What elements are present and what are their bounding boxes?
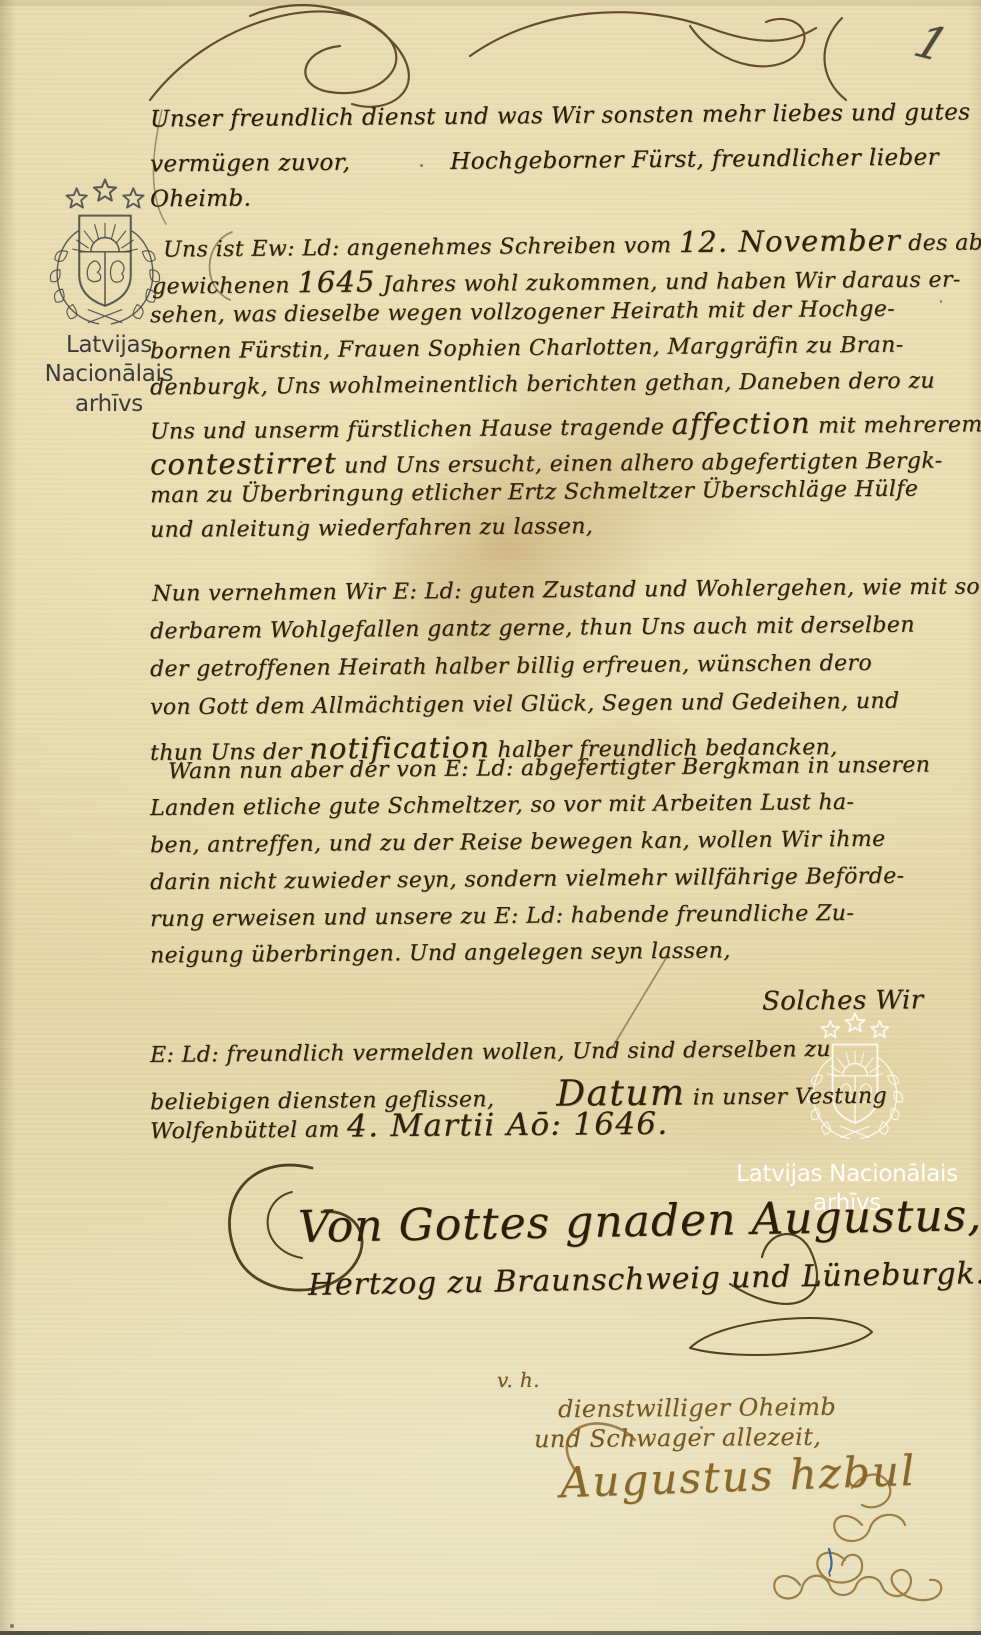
- line-text: sehen, was dieselbe wegen vollzogener He…: [150, 297, 895, 329]
- autograph-signature: Augustus hzbul: [559, 1446, 917, 1507]
- handwritten-line: Nun vernehmen Wir E: Ld: guten Zustand u…: [152, 574, 981, 606]
- latin-script-word: affection: [671, 406, 810, 441]
- paper-speck: [10, 1624, 14, 1628]
- line-text: bornen Fürstin, Frauen Sophien Charlotte…: [150, 333, 904, 365]
- line-text: Wolfenbüttel am: [150, 1118, 347, 1145]
- watermark-name-line1: Latvijas Nacionālais: [735, 1160, 959, 1189]
- handwritten-line: Unser freundlich dienst und was Wir sons…: [150, 99, 971, 132]
- manuscript-scan-page: 1 Latvijas Nacionālais arhīvs Latvijas N…: [0, 0, 981, 1635]
- handwritten-line: darin nicht zuwieder seyn, sondern vielm…: [150, 864, 905, 896]
- handwritten-line: Oheimb.: [150, 186, 252, 213]
- line-text: der getroffenen Heirath halber billig er…: [150, 651, 872, 682]
- handwritten-line: ben, antreffen, und zu der Reise bewegen…: [150, 827, 886, 858]
- line-text: von Gott dem Allmächtigen viel Glück, Se…: [150, 689, 900, 721]
- line-text: Von Gottes gnaden Augustus,: [298, 1190, 981, 1253]
- handwritten-line: sehen, was dieselbe wegen vollzogener He…: [150, 297, 895, 329]
- handwritten-line: rung erweisen und unsere zu E: Ld: haben…: [150, 901, 854, 932]
- line-text: des ab-: [901, 230, 981, 256]
- handwritten-line: vermügen zuvor,Hochgeborner Fürst, freun…: [150, 145, 939, 178]
- handwritten-line: neigung überbringen. Und angelegen seyn …: [150, 938, 731, 968]
- line-text: Wann nun aber der von E: Ld: abgefertigt…: [168, 753, 931, 785]
- line-text: Solches Wir: [762, 985, 924, 1016]
- line-text: und Schwager allezeit,: [534, 1423, 821, 1454]
- latin-script-dateline: 4. Martii Aō: 1646.: [347, 1106, 669, 1145]
- line-text: dienstwilliger Oheimb: [558, 1393, 836, 1423]
- handwritten-line: E: Ld: freundlich vermelden wollen, Und …: [150, 1037, 831, 1068]
- handwritten-line: Landen etliche gute Schmeltzer, so vor m…: [150, 790, 855, 821]
- handwritten-line: gewichenen 1645 Jahres wohl zukommen, un…: [152, 259, 961, 300]
- line-text: Hertzog zu Braunschweig und Lüneburgk.: [308, 1256, 981, 1303]
- page-number: 1: [907, 14, 956, 72]
- line-text: vermügen zuvor,: [150, 150, 350, 178]
- line-text: Uns und unserm fürstlichen Hause tragend…: [150, 415, 672, 445]
- handwritten-line: contestirret und Uns ersucht, einen alhe…: [150, 441, 943, 482]
- line-text: Uns ist Ew: Ld: angenehmes Schreiben vom: [163, 233, 679, 263]
- latin-script-year: 1645: [297, 265, 375, 300]
- line-text: rung erweisen und unsere zu E: Ld: haben…: [150, 901, 854, 932]
- line-text: Jahres wohl zukommen, und haben Wir dara…: [375, 267, 960, 297]
- handwritten-line: und anleitung wiederfahren zu lassen,: [150, 514, 593, 543]
- handwritten-line: Wann nun aber der von E: Ld: abgefertigt…: [168, 753, 931, 785]
- handwritten-line: derbarem Wohlgefallen gantz gerne, thun …: [150, 613, 915, 645]
- closing-line: dienstwilliger Oheimb: [558, 1393, 836, 1423]
- handwritten-line: Uns ist Ew: Ld: angenehmes Schreiben vom…: [163, 222, 981, 263]
- line-text: Landen etliche gute Schmeltzer, so vor m…: [150, 790, 855, 821]
- closing-line: und Schwager allezeit,: [534, 1423, 821, 1454]
- line-text: gewichenen: [152, 273, 297, 299]
- line-text: man zu Überbringung etlicher Ertz Schmel…: [150, 477, 918, 509]
- paper-speck: [940, 300, 942, 303]
- line-text: mit mehrerem: [811, 412, 981, 438]
- line-text: in unser Vestung: [685, 1084, 887, 1111]
- latin-script-date: 12. November: [679, 223, 901, 259]
- line-text: E: Ld: freundlich vermelden wollen, Und …: [150, 1037, 831, 1068]
- line-text: Oheimb.: [150, 186, 252, 213]
- handwritten-line: bornen Fürstin, Frauen Sophien Charlotte…: [150, 333, 904, 365]
- line-text: Hochgeborner Fürst, freundlicher lieber: [450, 145, 939, 175]
- line-text: neigung überbringen. Und angelegen seyn …: [150, 938, 731, 968]
- handwritten-line: Wolfenbüttel am 4. Martii Aō: 1646.: [150, 1106, 669, 1147]
- line-text: darin nicht zuwieder seyn, sondern vielm…: [150, 864, 905, 896]
- line-text: und Uns ersucht, einen alhero abgefertig…: [337, 449, 943, 479]
- line-text: und anleitung wiederfahren zu lassen,: [150, 514, 593, 543]
- line-text: v. h.: [497, 1368, 540, 1392]
- handwritten-line: man zu Überbringung etlicher Ertz Schmel…: [150, 477, 918, 509]
- signature-line: Hertzog zu Braunschweig und Lüneburgk.: [308, 1256, 981, 1303]
- handwritten-line: denburgk, Uns wohlmeinentlich berichten …: [150, 369, 935, 401]
- latin-script-word: contestirret: [150, 446, 337, 482]
- closing-note: v. h.: [497, 1368, 540, 1392]
- handwritten-line: von Gott dem Allmächtigen viel Glück, Se…: [150, 689, 900, 721]
- handwritten-line: Solches Wir: [762, 985, 924, 1016]
- handwritten-line: Uns und unserm fürstlichen Hause tragend…: [150, 404, 981, 445]
- line-text: Augustus hzbul: [559, 1446, 917, 1507]
- blue-pen-mark: [829, 1549, 832, 1576]
- line-text: ben, antreffen, und zu der Reise bewegen…: [150, 827, 886, 858]
- line-text: Nun vernehmen Wir E: Ld: guten Zustand u…: [152, 574, 981, 606]
- line-text: denburgk, Uns wohlmeinentlich berichten …: [150, 369, 935, 401]
- handwritten-line: der getroffenen Heirath halber billig er…: [150, 651, 872, 682]
- signature-line: Von Gottes gnaden Augustus,: [298, 1190, 981, 1253]
- line-text: Unser freundlich dienst und was Wir sons…: [150, 99, 971, 132]
- line-text: derbarem Wohlgefallen gantz gerne, thun …: [150, 613, 915, 645]
